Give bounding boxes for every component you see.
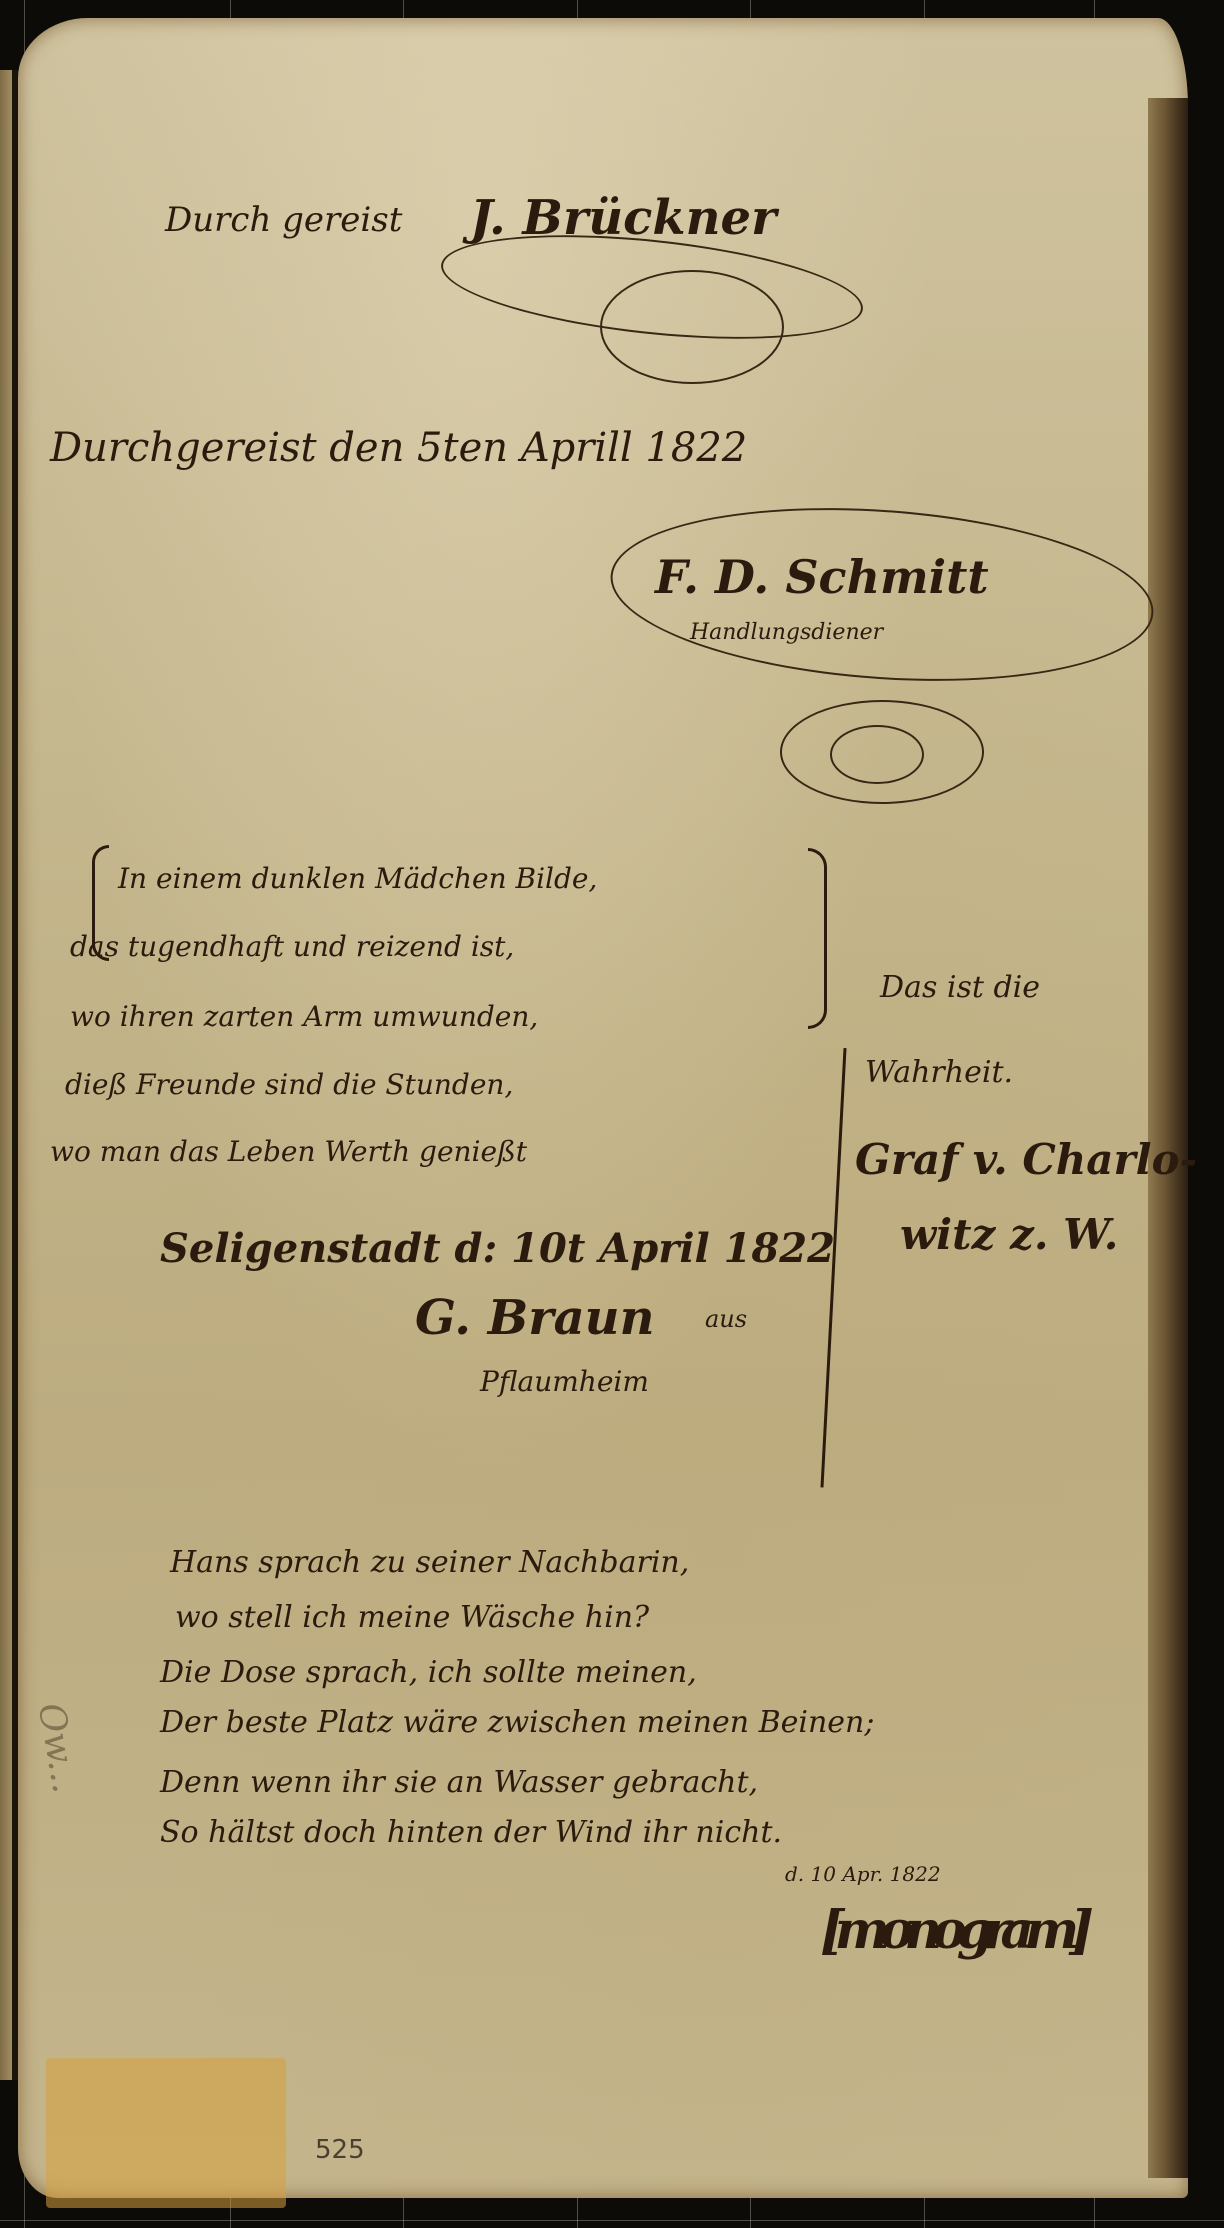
signature: G. Braun bbox=[415, 1290, 654, 1346]
poem-line: Hans sprach zu seiner Nachbarin, bbox=[170, 1545, 689, 1580]
grid-line bbox=[0, 2220, 1224, 2221]
entry-date: d. 10 Apr. 1822 bbox=[785, 1862, 941, 1886]
signature-suffix: aus bbox=[705, 1305, 747, 1333]
signature: witz z. W. bbox=[900, 1210, 1118, 1259]
origin-place: Pflaumheim bbox=[480, 1365, 649, 1398]
monogram-signature: [monogram] bbox=[820, 1900, 1084, 1961]
signature: F. D. Schmitt bbox=[655, 550, 989, 604]
signature-flourish bbox=[600, 270, 784, 384]
right-bracket bbox=[808, 848, 827, 1029]
paper-stain bbox=[46, 2058, 286, 2208]
poem-line: So hältst doch hinten der Wind ihr nicht… bbox=[160, 1815, 782, 1850]
poem-line: das tugendhaft und reizend ist, bbox=[70, 930, 514, 963]
poem-line: wo man das Leben Werth genießt bbox=[50, 1135, 527, 1168]
entry-text: Durch gereist bbox=[165, 200, 402, 240]
entry-text: Wahrheit. bbox=[865, 1055, 1013, 1090]
entry-text: Durchgereist den 5ten Aprill 1822 bbox=[50, 425, 747, 471]
poem-line: Der beste Platz wäre zwischen meinen Bei… bbox=[160, 1705, 874, 1740]
place-date: Seligenstadt d: 10t April 1822 bbox=[160, 1225, 835, 1272]
poem-line: dieß Freunde sind die Stunden, bbox=[65, 1068, 513, 1101]
signature: Graf v. Charlo- bbox=[855, 1135, 1197, 1184]
manuscript-page bbox=[18, 18, 1188, 2198]
poem-line: Denn wenn ihr sie an Wasser gebracht, bbox=[160, 1765, 758, 1800]
entry-text: Das ist die bbox=[880, 970, 1040, 1005]
poem-line: wo stell ich meine Wäsche hin? bbox=[175, 1600, 649, 1635]
page-number: 525 bbox=[315, 2135, 365, 2165]
poem-line: Die Dose sprach, ich sollte meinen, bbox=[160, 1655, 697, 1690]
signature-title: Handlungsdiener bbox=[690, 620, 883, 645]
spiral-flourish bbox=[830, 725, 924, 784]
poem-line: In einem dunklen Mädchen Bilde, bbox=[118, 862, 597, 895]
poem-line: wo ihren zarten Arm umwunden, bbox=[70, 1000, 538, 1033]
